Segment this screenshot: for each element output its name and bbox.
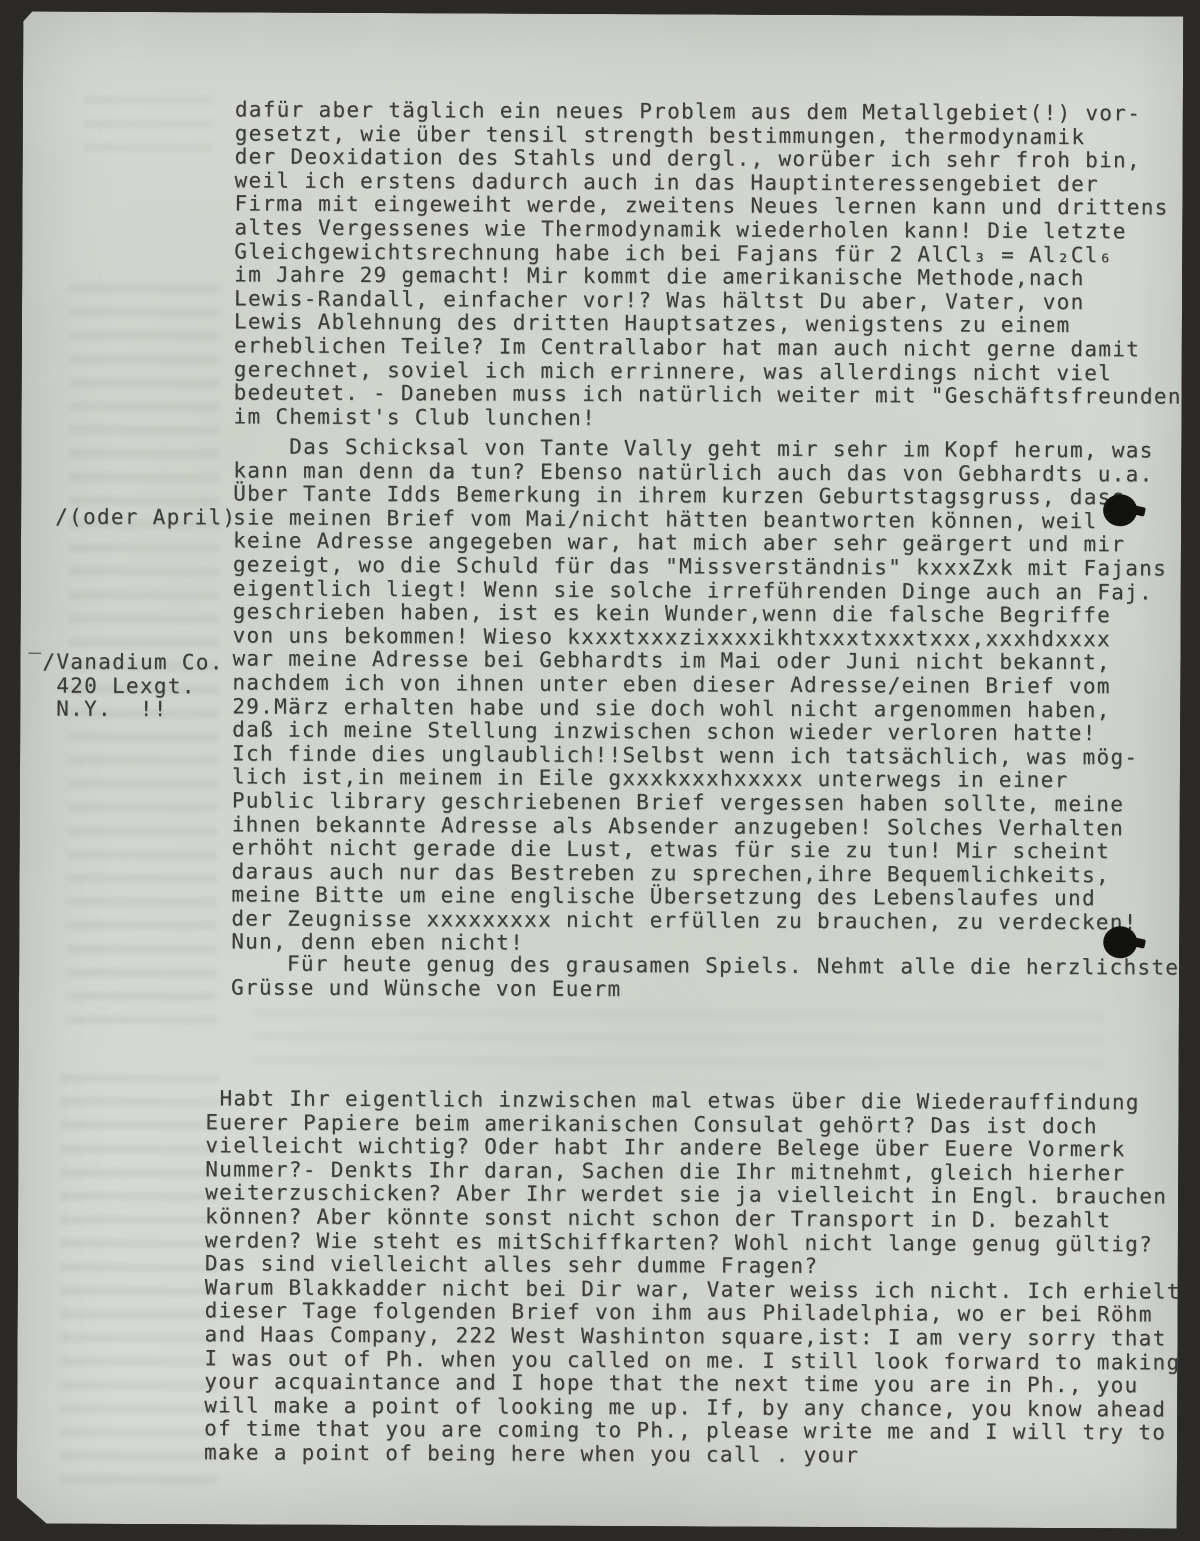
- punch-hole-top: [1103, 494, 1137, 526]
- paragraph-postscript: Habt Ihr eigentlich inzwischen mal etwas…: [204, 1087, 1182, 1469]
- margin-note-vanadium: ‾/Vanadium Co. 420 Lexgt. N.Y. !!: [28, 651, 224, 723]
- bleedthrough-mid-band: [254, 1008, 1104, 1084]
- letter-page: dafür aber täglich ein neues Problem aus…: [17, 11, 1184, 1528]
- paragraph-closing: Für heute genug des grausamen Spiels. Ne…: [231, 952, 1193, 1003]
- margin-note-line: N.Y. !!: [28, 698, 223, 722]
- bleedthrough-top-left: [85, 96, 213, 155]
- paragraph-1: dafür aber täglich ein neues Problem aus…: [233, 98, 1183, 432]
- bleedthrough-left-lower: [59, 1074, 219, 1485]
- letter-line: make a point of being here when you call…: [204, 1441, 1180, 1469]
- punch-hole-bottom: [1103, 926, 1137, 958]
- scanner-background: { "palette": { "scan_bed_color": "#2b2a2…: [0, 0, 1200, 1541]
- margin-note-line: 420 Lexgt.: [28, 674, 223, 698]
- margin-note-oder-april: /(oder April): [55, 506, 236, 530]
- margin-note-line: ‾/Vanadium Co.: [28, 651, 223, 675]
- letter-line: im Chemist's Club lunchen!: [233, 405, 1181, 433]
- letter-line: Grüsse und Wünsche von Euerm: [231, 976, 1193, 1004]
- paragraph-2: Das Schicksal von Tante Vally geht mir s…: [231, 435, 1167, 958]
